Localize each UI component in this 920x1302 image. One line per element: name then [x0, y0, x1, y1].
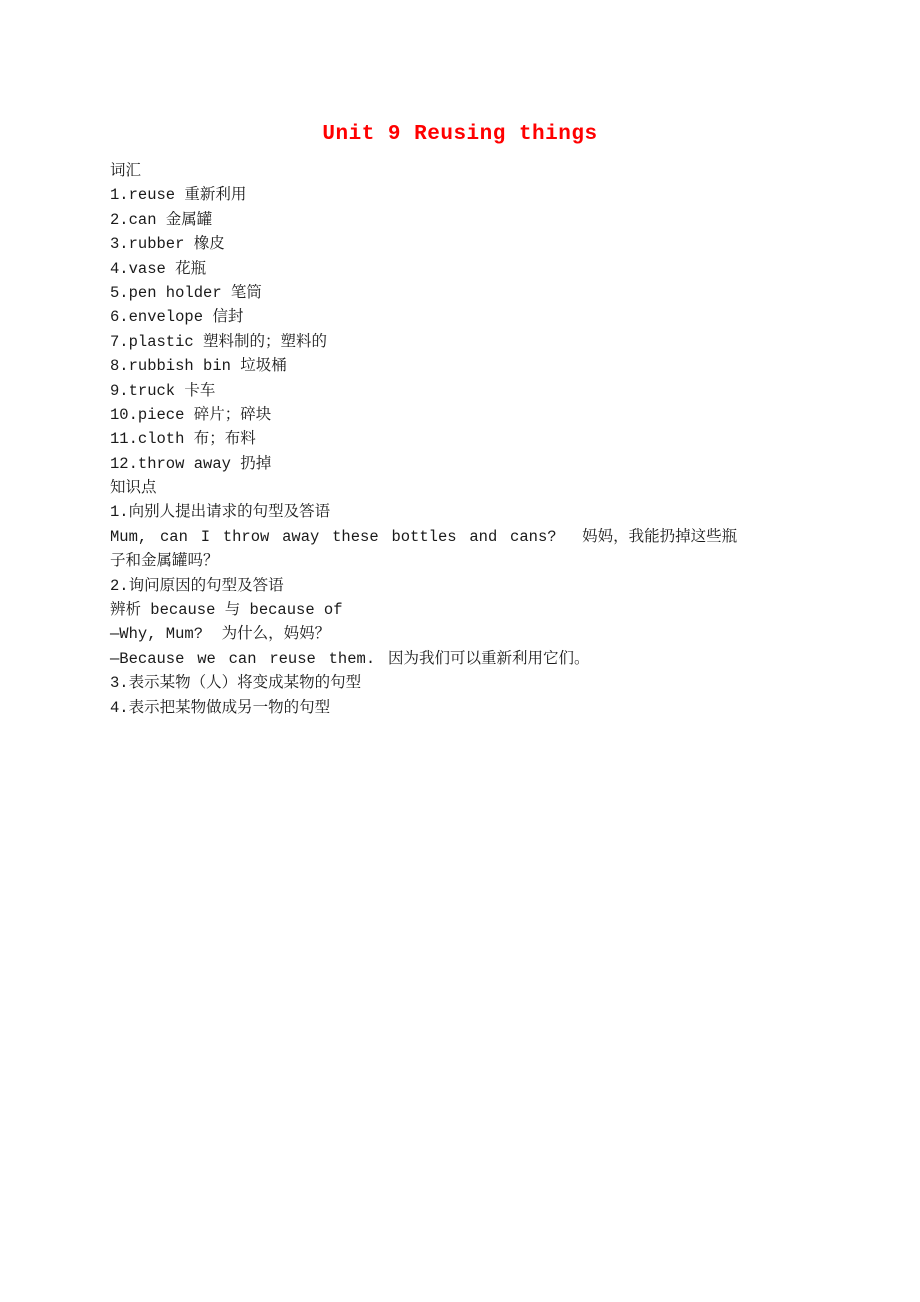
knowledge-line: 辨析 because 与 because of [110, 598, 750, 622]
vocab-item: 3.rubber 橡皮 [110, 232, 750, 256]
knowledge-line: Mum, can I throw away these bottles and … [110, 525, 750, 549]
vocab-item: 10.piece 碎片；碎块 [110, 403, 750, 427]
knowledge-line: 子和金属罐吗？ [110, 549, 750, 573]
vocab-item: 8.rubbish bin 垃圾桶 [110, 354, 750, 378]
vocab-item: 9.truck 卡车 [110, 379, 750, 403]
vocab-item: 7.plastic 塑料制的；塑料的 [110, 330, 750, 354]
vocab-item: 5.pen holder 笔筒 [110, 281, 750, 305]
vocab-item: 4.vase 花瓶 [110, 257, 750, 281]
vocab-item: 11.cloth 布；布料 [110, 427, 750, 451]
vocab-heading: 词汇 [110, 159, 750, 183]
knowledge-line: 4.表示把某物做成另一物的句型 [110, 696, 750, 720]
knowledge-heading: 知识点 [110, 476, 750, 500]
knowledge-line: —Why, Mum? 为什么，妈妈？ [110, 622, 750, 646]
vocab-item: 6.envelope 信封 [110, 305, 750, 329]
vocab-item: 12.throw away 扔掉 [110, 452, 750, 476]
document-title: Unit 9 Reusing things [0, 121, 920, 148]
knowledge-line: 3.表示某物（人）将变成某物的句型 [110, 671, 750, 695]
knowledge-line: —Because we can reuse them. 因为我们可以重新利用它们… [110, 647, 750, 671]
document-page: Unit 9 Reusing things 词汇 1.reuse 重新利用 2.… [0, 0, 920, 1302]
knowledge-line: 2.询问原因的句型及答语 [110, 574, 750, 598]
vocab-item: 2.can 金属罐 [110, 208, 750, 232]
knowledge-line: 1.向别人提出请求的句型及答语 [110, 500, 750, 524]
vocab-item: 1.reuse 重新利用 [110, 183, 750, 207]
document-body: 词汇 1.reuse 重新利用 2.can 金属罐 3.rubber 橡皮 4.… [110, 159, 750, 720]
